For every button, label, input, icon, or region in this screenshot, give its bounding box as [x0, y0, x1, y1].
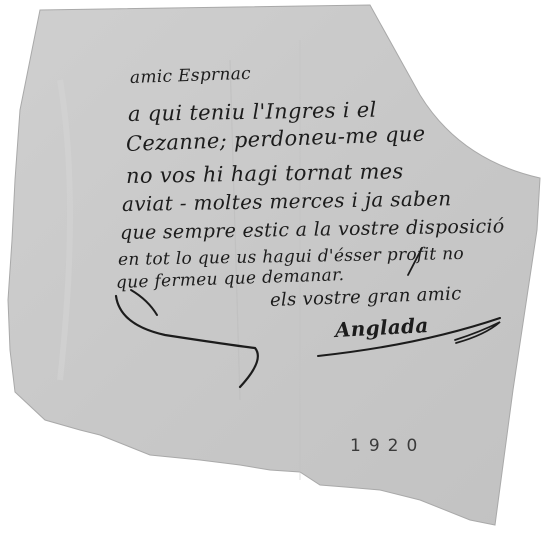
body-line-3: no vos hi hagi tornat mes: [126, 159, 404, 188]
date-annotation: 1920: [350, 436, 425, 456]
salutation: amic Esprnac: [130, 64, 252, 88]
signature: Anglada: [334, 313, 429, 342]
body-line-1: a qui teniu l'Ingres i el: [128, 98, 377, 126]
scanned-letter: amic Esprnac a qui teniu l'Ingres i el C…: [0, 0, 550, 535]
